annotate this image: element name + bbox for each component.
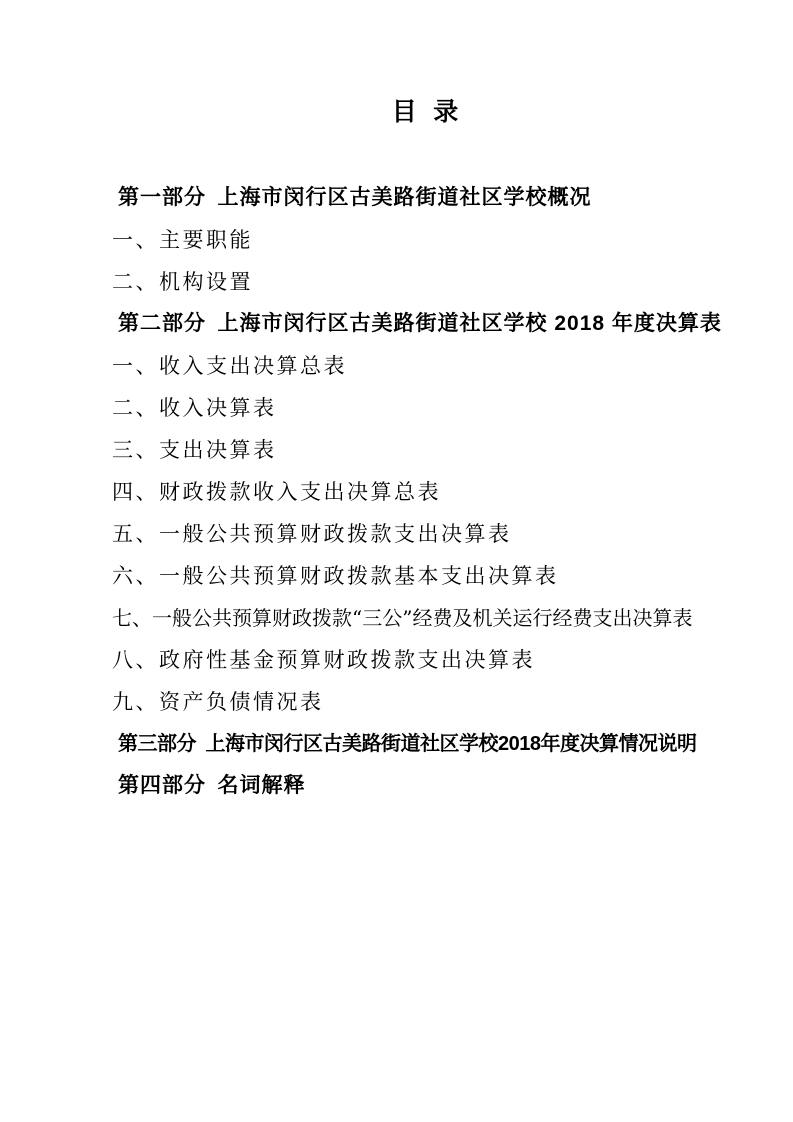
toc-entry: 四、财政拨款收入支出决算总表: [112, 471, 753, 513]
toc-title: 目 录: [112, 97, 740, 127]
toc-entry: 一、收入支出决算总表: [112, 345, 753, 387]
toc-part-3-heading: 第三部分 上海市闵行区古美路街道社区学校2018年度决算情况说明: [112, 723, 753, 765]
toc-entry: 一、主要职能: [112, 219, 753, 261]
toc-entry: 七、一般公共预算财政拨款“三公”经费及机关运行经费支出决算表: [112, 597, 753, 639]
toc-entry: 三、支出决算表: [112, 429, 753, 471]
toc-entry: 八、政府性基金预算财政拨款支出决算表: [112, 639, 753, 681]
toc-part-2-heading: 第二部分 上海市闵行区古美路街道社区学校 2018 年度决算表: [112, 303, 753, 345]
toc-entry: 六、一般公共预算财政拨款基本支出决算表: [112, 555, 753, 597]
toc-entry: 二、机构设置: [112, 261, 753, 303]
table-of-contents: 第一部分 上海市闵行区古美路街道社区学校概况 一、主要职能 二、机构设置 第二部…: [112, 177, 753, 807]
document-page: 目 录 第一部分 上海市闵行区古美路街道社区学校概况 一、主要职能 二、机构设置…: [0, 0, 793, 1122]
page-content: 目 录 第一部分 上海市闵行区古美路街道社区学校概况 一、主要职能 二、机构设置…: [0, 0, 793, 807]
toc-entry: 九、资产负债情况表: [112, 681, 753, 723]
toc-part-4-heading: 第四部分 名词解释: [112, 765, 753, 807]
toc-part-1-heading: 第一部分 上海市闵行区古美路街道社区学校概况: [112, 177, 753, 219]
toc-entry: 二、收入决算表: [112, 387, 753, 429]
toc-entry: 五、一般公共预算财政拨款支出决算表: [112, 513, 753, 555]
